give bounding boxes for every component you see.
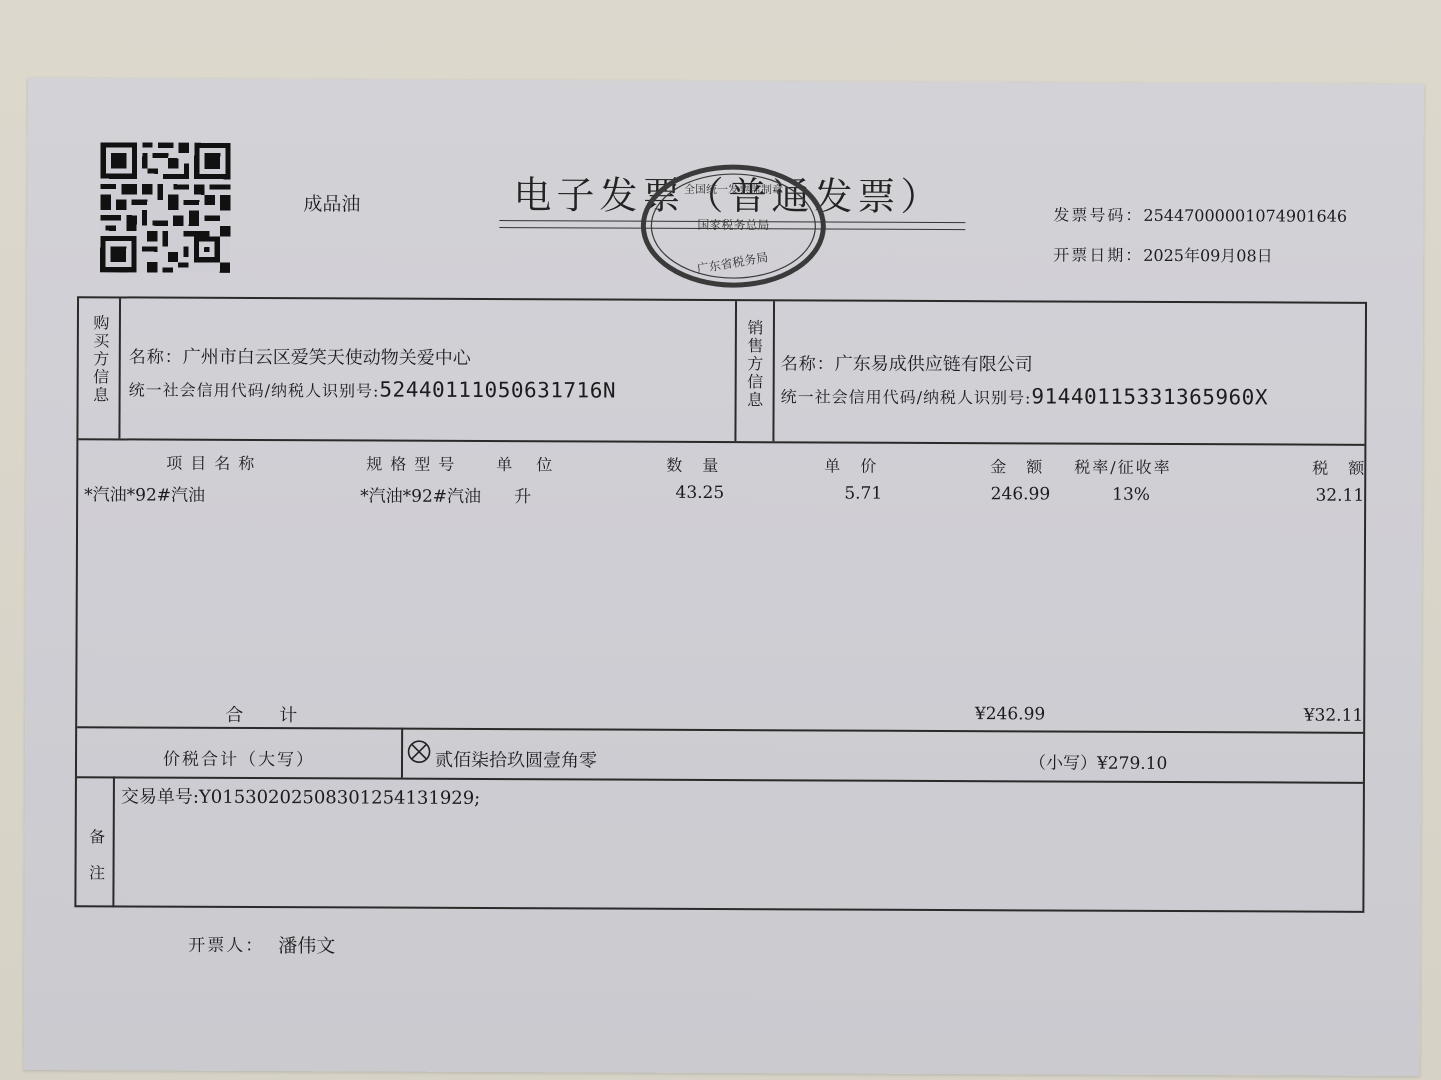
total-small-value: （小写）¥279.10: [1029, 748, 1167, 774]
divider: [401, 728, 403, 778]
issue-date-label: 开票日期：: [1053, 245, 1143, 264]
invoice-number-label: 发票号码：: [1053, 205, 1143, 224]
divider: [78, 438, 1364, 446]
issuer-label: 开票人：: [188, 931, 264, 956]
item-qty: 43.25: [638, 483, 724, 503]
item-amount: 246.99: [958, 484, 1050, 504]
col-header-qty: 数量: [666, 453, 738, 476]
divider: [112, 776, 115, 907]
issue-date: 开票日期：2025年09月08日: [1053, 242, 1273, 266]
item-rate: 13%: [1112, 485, 1150, 505]
buyer-name-label: 名称：: [129, 347, 183, 367]
seller-side-label: 销售方信息: [743, 319, 766, 409]
issue-date-value: 2025年09月08日: [1143, 246, 1273, 266]
item-name: *汽油*92#汽油: [84, 480, 205, 506]
col-header-price: 单价: [824, 453, 896, 476]
col-header-name: 项目名称: [166, 451, 262, 474]
col-header-rate: 税率/征收率: [1074, 455, 1172, 478]
invoice-table: 购买方信息 名称：广州市白云区爱笑天使动物关爱中心 统一社会信用代码/纳税人识别…: [74, 296, 1367, 913]
item-price: 5.71: [798, 483, 882, 503]
issuer-name: 潘伟文: [278, 931, 335, 958]
buyer-tax-id-value: 52440111050631716N: [379, 378, 616, 403]
circled-x-icon: [407, 740, 431, 764]
seller-name: 名称：广东易成供应链有限公司: [781, 349, 1033, 376]
col-header-spec: 规格型号: [366, 451, 462, 474]
col-header-amount: 金额: [990, 454, 1062, 477]
col-header-tax: 税额: [1312, 456, 1384, 479]
buyer-tax-id-label: 统一社会信用代码/纳税人识别号:: [129, 380, 380, 400]
invoice-number-value: 25447000001074901646: [1143, 206, 1347, 226]
total-caps-value: 贰佰柒拾玖圆壹角零: [435, 746, 597, 773]
buyer-name: 名称：广州市白云区爱笑天使动物关爱中心: [129, 342, 471, 369]
seller-tax-id: 统一社会信用代码/纳税人识别号:91440115331365960X: [781, 383, 1268, 409]
divider: [77, 726, 1363, 734]
qr-code-icon: [99, 142, 232, 273]
seller-name-label: 名称：: [781, 354, 835, 374]
remarks-text: 交易单号:Y01530202508301254131929;: [121, 782, 481, 810]
item-tax: 32.11: [1268, 485, 1364, 505]
seal-top-text: 全国统一发票监制章: [684, 182, 783, 196]
seller-tax-id-value: 91440115331365960X: [1031, 384, 1268, 409]
seal-middle-text: 国家税务总局: [697, 217, 769, 232]
seller-name-value: 广东易成供应链有限公司: [835, 354, 1033, 376]
buyer-tax-id: 统一社会信用代码/纳税人识别号:52440111050631716N: [129, 376, 616, 402]
invoice-number: 发票号码：25447000001074901646: [1053, 202, 1347, 226]
item-spec: *汽油*92#汽油: [360, 481, 481, 507]
invoice-paper: 成品油 电子发票（普通发票） 全国统一发票监制章 国家税务总局 广东省税务局 发…: [24, 78, 1424, 1076]
table-row: *汽油*92#汽油 *汽油*92#汽油 升 43.25 5.71 246.99 …: [79, 298, 1365, 304]
divider: [118, 298, 121, 438]
total-tax: ¥32.11: [1257, 705, 1363, 725]
total-caps-label: 价税合计（大写）: [163, 745, 315, 771]
remarks-side-label: 备注: [84, 828, 107, 900]
buyer-name-value: 广州市白云区爱笑天使动物关爱中心: [183, 347, 471, 369]
seal-bottom-text: 广东省税务局: [696, 249, 770, 276]
divider: [734, 301, 737, 441]
col-header-unit: 单位: [496, 452, 576, 475]
item-unit: 升: [514, 482, 531, 507]
product-type-label: 成品油: [303, 189, 360, 216]
divider: [772, 301, 775, 441]
total-amount: ¥246.99: [937, 704, 1045, 724]
buyer-side-label: 购买方信息: [89, 314, 112, 404]
official-seal-icon: 全国统一发票监制章 国家税务总局 广东省税务局: [639, 163, 828, 290]
total-label: 合计: [225, 701, 333, 727]
seller-tax-id-label: 统一社会信用代码/纳税人识别号:: [781, 387, 1032, 407]
